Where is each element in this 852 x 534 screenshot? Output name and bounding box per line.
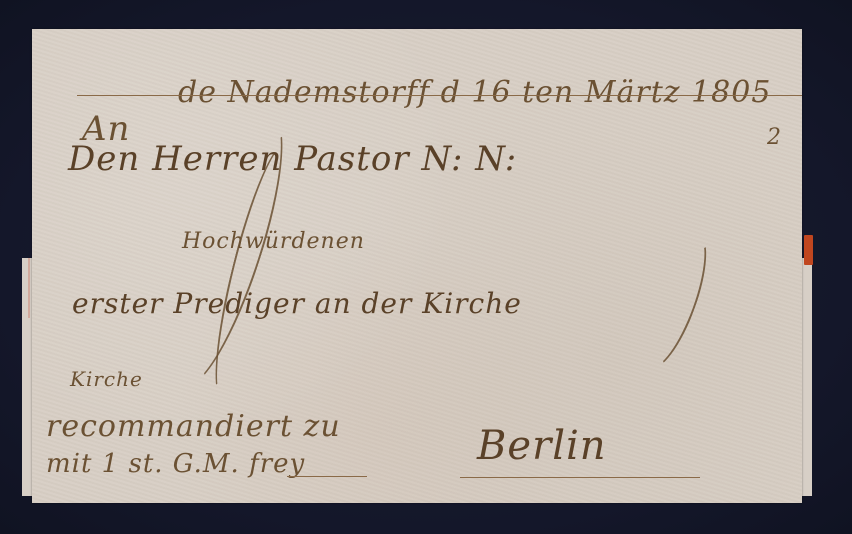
recommendation-line: recommandiert zu: [46, 409, 341, 444]
postage-note-line: mit 1 st. G.M. frey: [46, 449, 305, 479]
destination-city: Berlin: [477, 423, 607, 469]
parish-line: Kirche: [70, 367, 143, 391]
flourish-stroke: [629, 226, 720, 376]
office-line: erster Prediger an der Kirche: [72, 287, 522, 320]
number-mark: 2: [767, 125, 782, 150]
header-underline: [77, 95, 802, 96]
letter-paper: de Nademstorff d 16 ten Märtz 1805 An 2 …: [32, 29, 802, 503]
destination-underline: [460, 477, 700, 478]
red-wax-trace-left: [28, 258, 30, 318]
header-place-date: de Nademstorff d 16 ten Märtz 1805: [178, 75, 771, 110]
addressee-line: Den Herren Pastor N: N:: [68, 139, 517, 179]
postage-underline: [287, 476, 367, 477]
red-wax-seal-edge: [804, 235, 813, 265]
